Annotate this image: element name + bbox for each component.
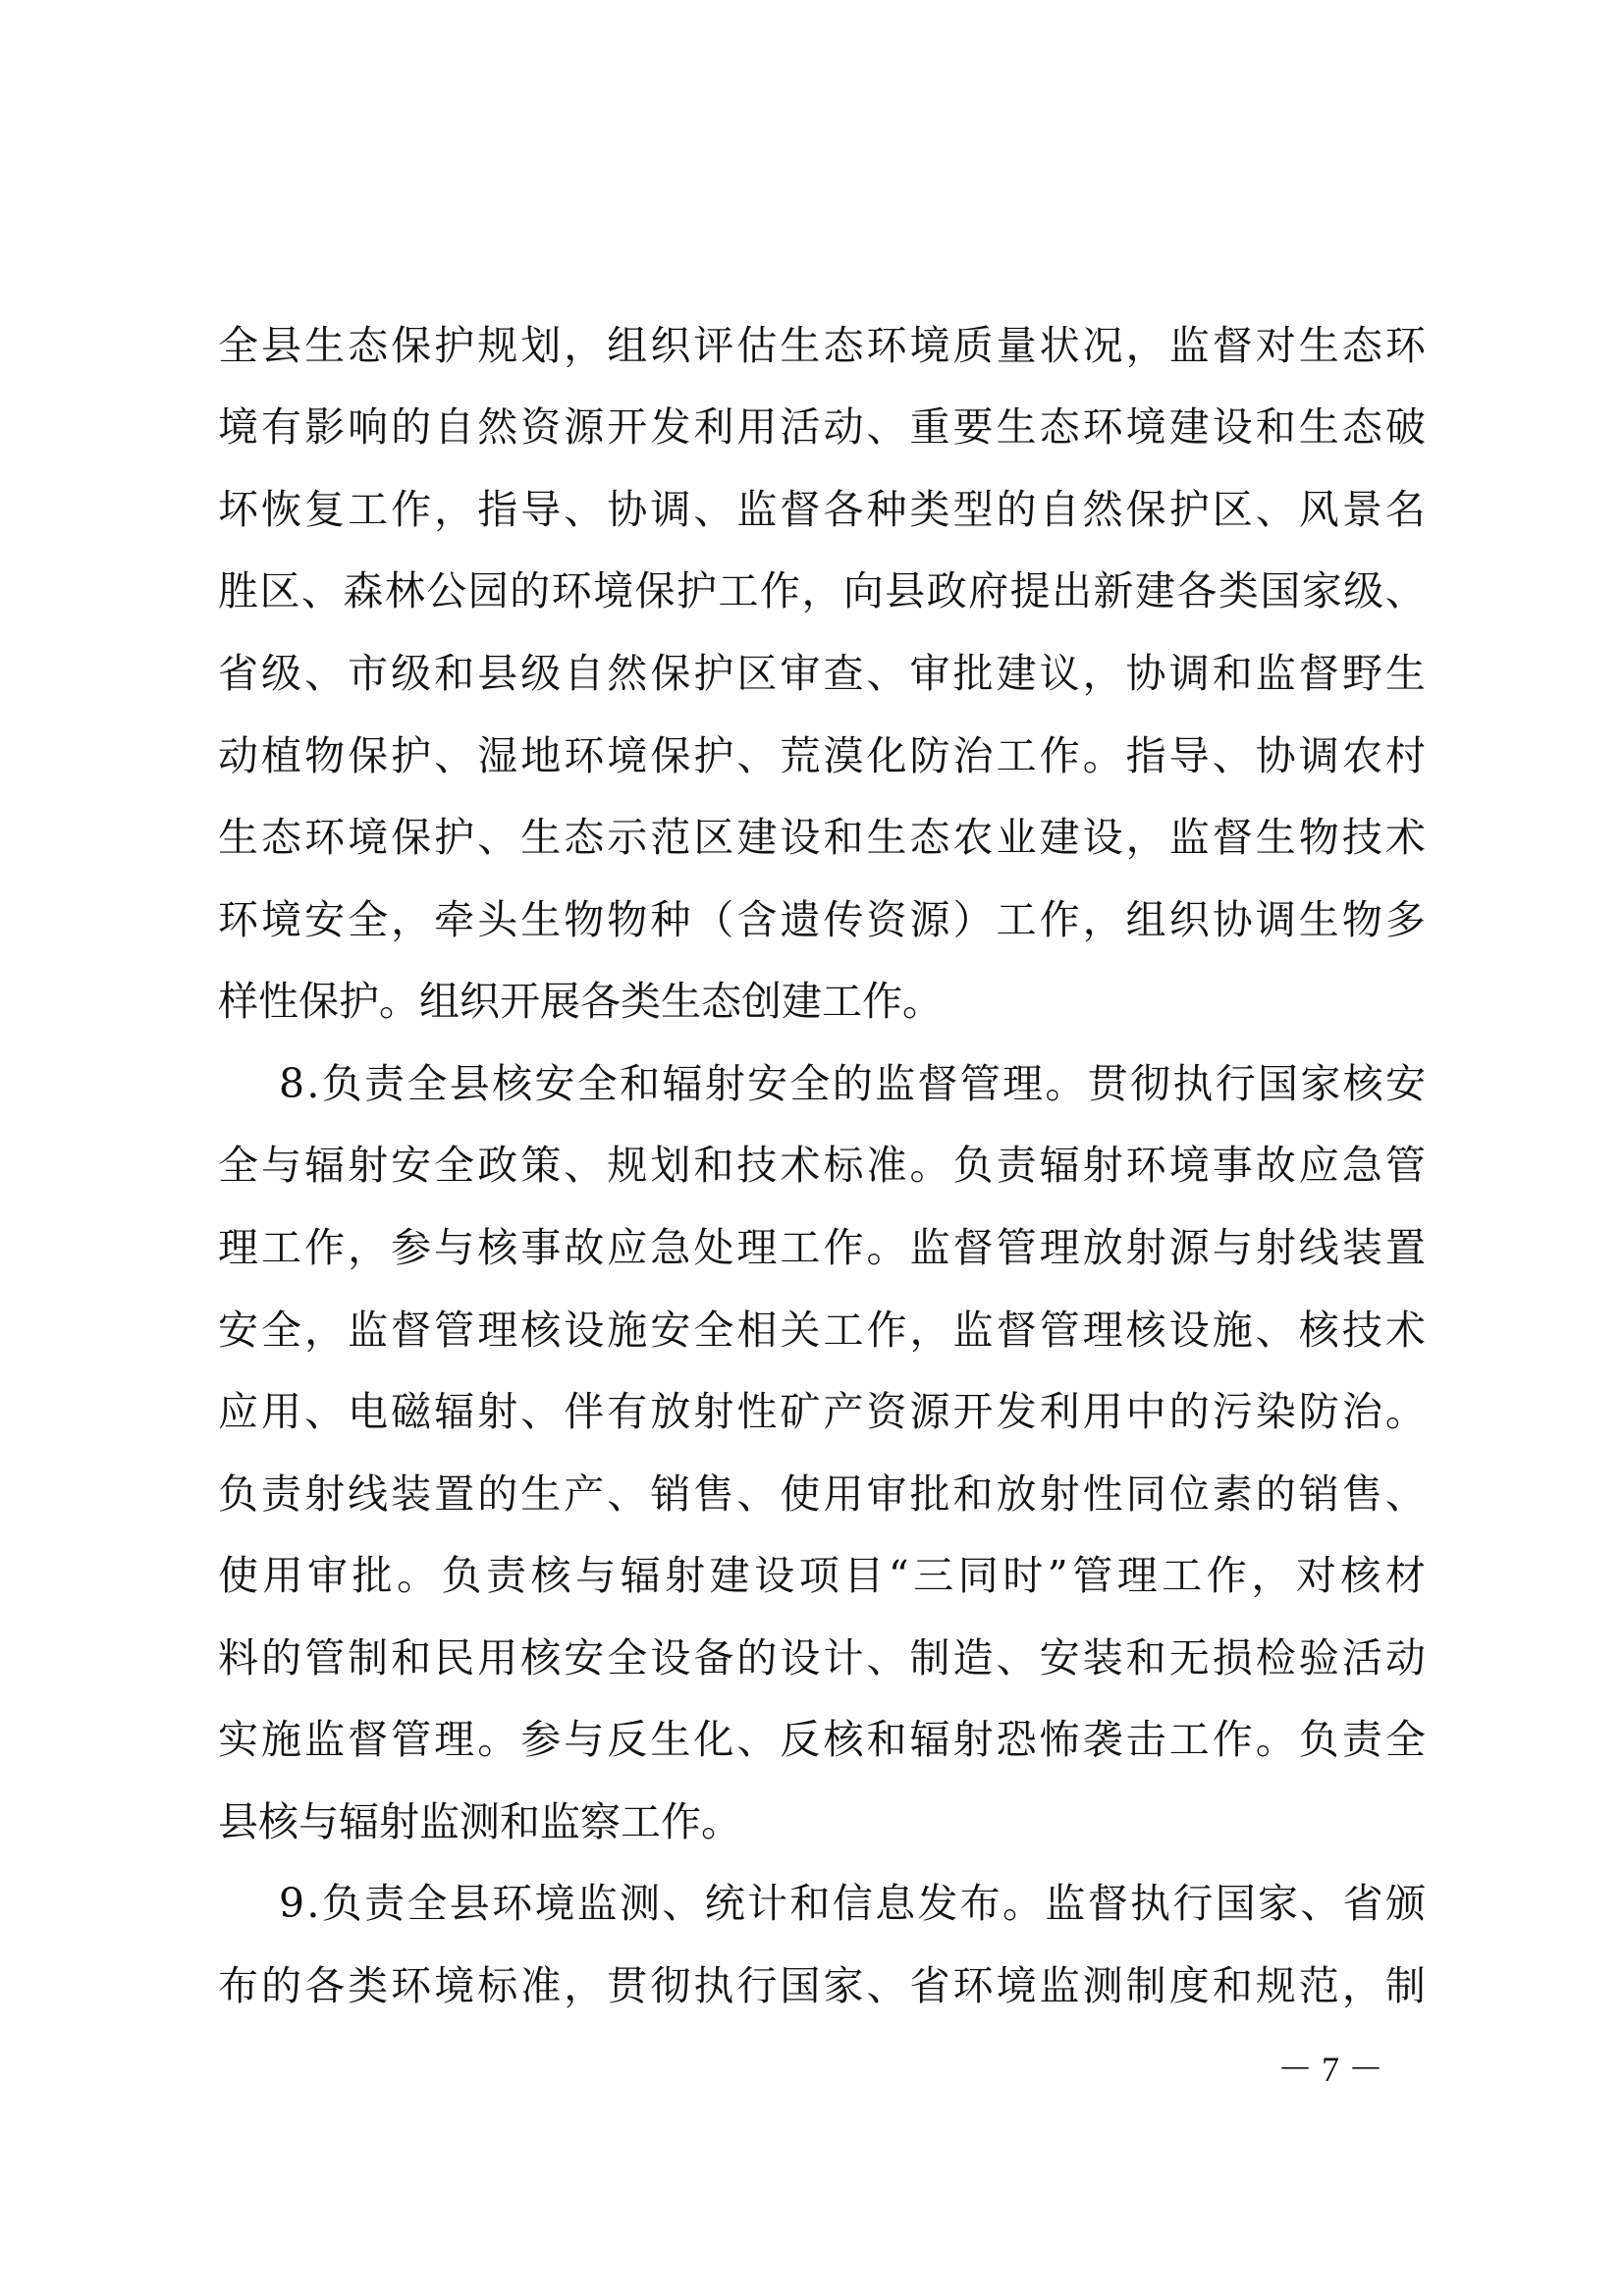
text-line: 实施监督管理。参与反生化、反核和辐射恐怖袭击工作。负责全 [218, 1710, 1426, 1769]
text-line: 生态环境保护、生态示范区建设和生态农业建设，监督生物技术 [218, 808, 1426, 867]
text-line: 布的各类环境标准，贯彻执行国家、省环境监测制度和规范，制 [218, 1956, 1426, 2015]
text-line: 境有影响的自然资源开发利用活动、重要生态环境建设和生态破 [218, 398, 1426, 456]
text-line: 全与辐射安全政策、规划和技术标准。负责辐射环境事故应急管 [218, 1136, 1426, 1195]
text-line: 样性保护。组织开展各类生态创建工作。 [218, 972, 1426, 1031]
text-line: 安全，监督管理核设施安全相关工作，监督管理核设施、核技术 [218, 1301, 1426, 1360]
text-line: 料的管制和民用核安全设备的设计、制造、安装和无损检验活动 [218, 1629, 1426, 1687]
text-line: 使用审批。负责核与辐射建设项目“三同时”管理工作，对核材 [218, 1546, 1426, 1605]
text-line: 应用、电磁辐射、伴有放射性矿产资源开发利用中的污染防治。 [218, 1382, 1426, 1441]
text-line: 胜区、森林公园的环境保护工作，向县政府提出新建各类国家级、 [218, 561, 1426, 620]
text-line: 负责射线装置的生产、销售、使用审批和放射性同位素的销售、 [218, 1465, 1426, 1523]
text-line: 环境安全，牵头生物物种（含遗传资源）工作，组织协调生物多 [218, 890, 1426, 949]
text-line: 县核与辐射监测和监察工作。 [218, 1792, 1426, 1851]
text-line: 省级、市级和县级自然保护区审查、审批建议，协调和监督野生 [218, 644, 1426, 703]
page-number: － 7 － [1276, 2050, 1384, 2089]
text-line: 全县生态保护规划，组织评估生态环境质量状况，监督对生态环 [218, 316, 1426, 375]
document-page: 全县生态保护规划，组织评估生态环境质量状况，监督对生态环 境有影响的自然资源开发… [0, 0, 1624, 2296]
text-line: 8.负责全县核安全和辐射安全的监督管理。贯彻执行国家核安 [279, 1054, 1426, 1113]
text-line: 9.负责全县环境监测、统计和信息发布。监督执行国家、省颁 [279, 1874, 1426, 1933]
text-line: 坏恢复工作，指导、协调、监督各种类型的自然保护区、风景名 [218, 480, 1426, 539]
text-line: 理工作，参与核事故应急处理工作。监督管理放射源与射线装置 [218, 1218, 1426, 1277]
text-line: 动植物保护、湿地环境保护、荒漠化防治工作。指导、协调农村 [218, 726, 1426, 785]
